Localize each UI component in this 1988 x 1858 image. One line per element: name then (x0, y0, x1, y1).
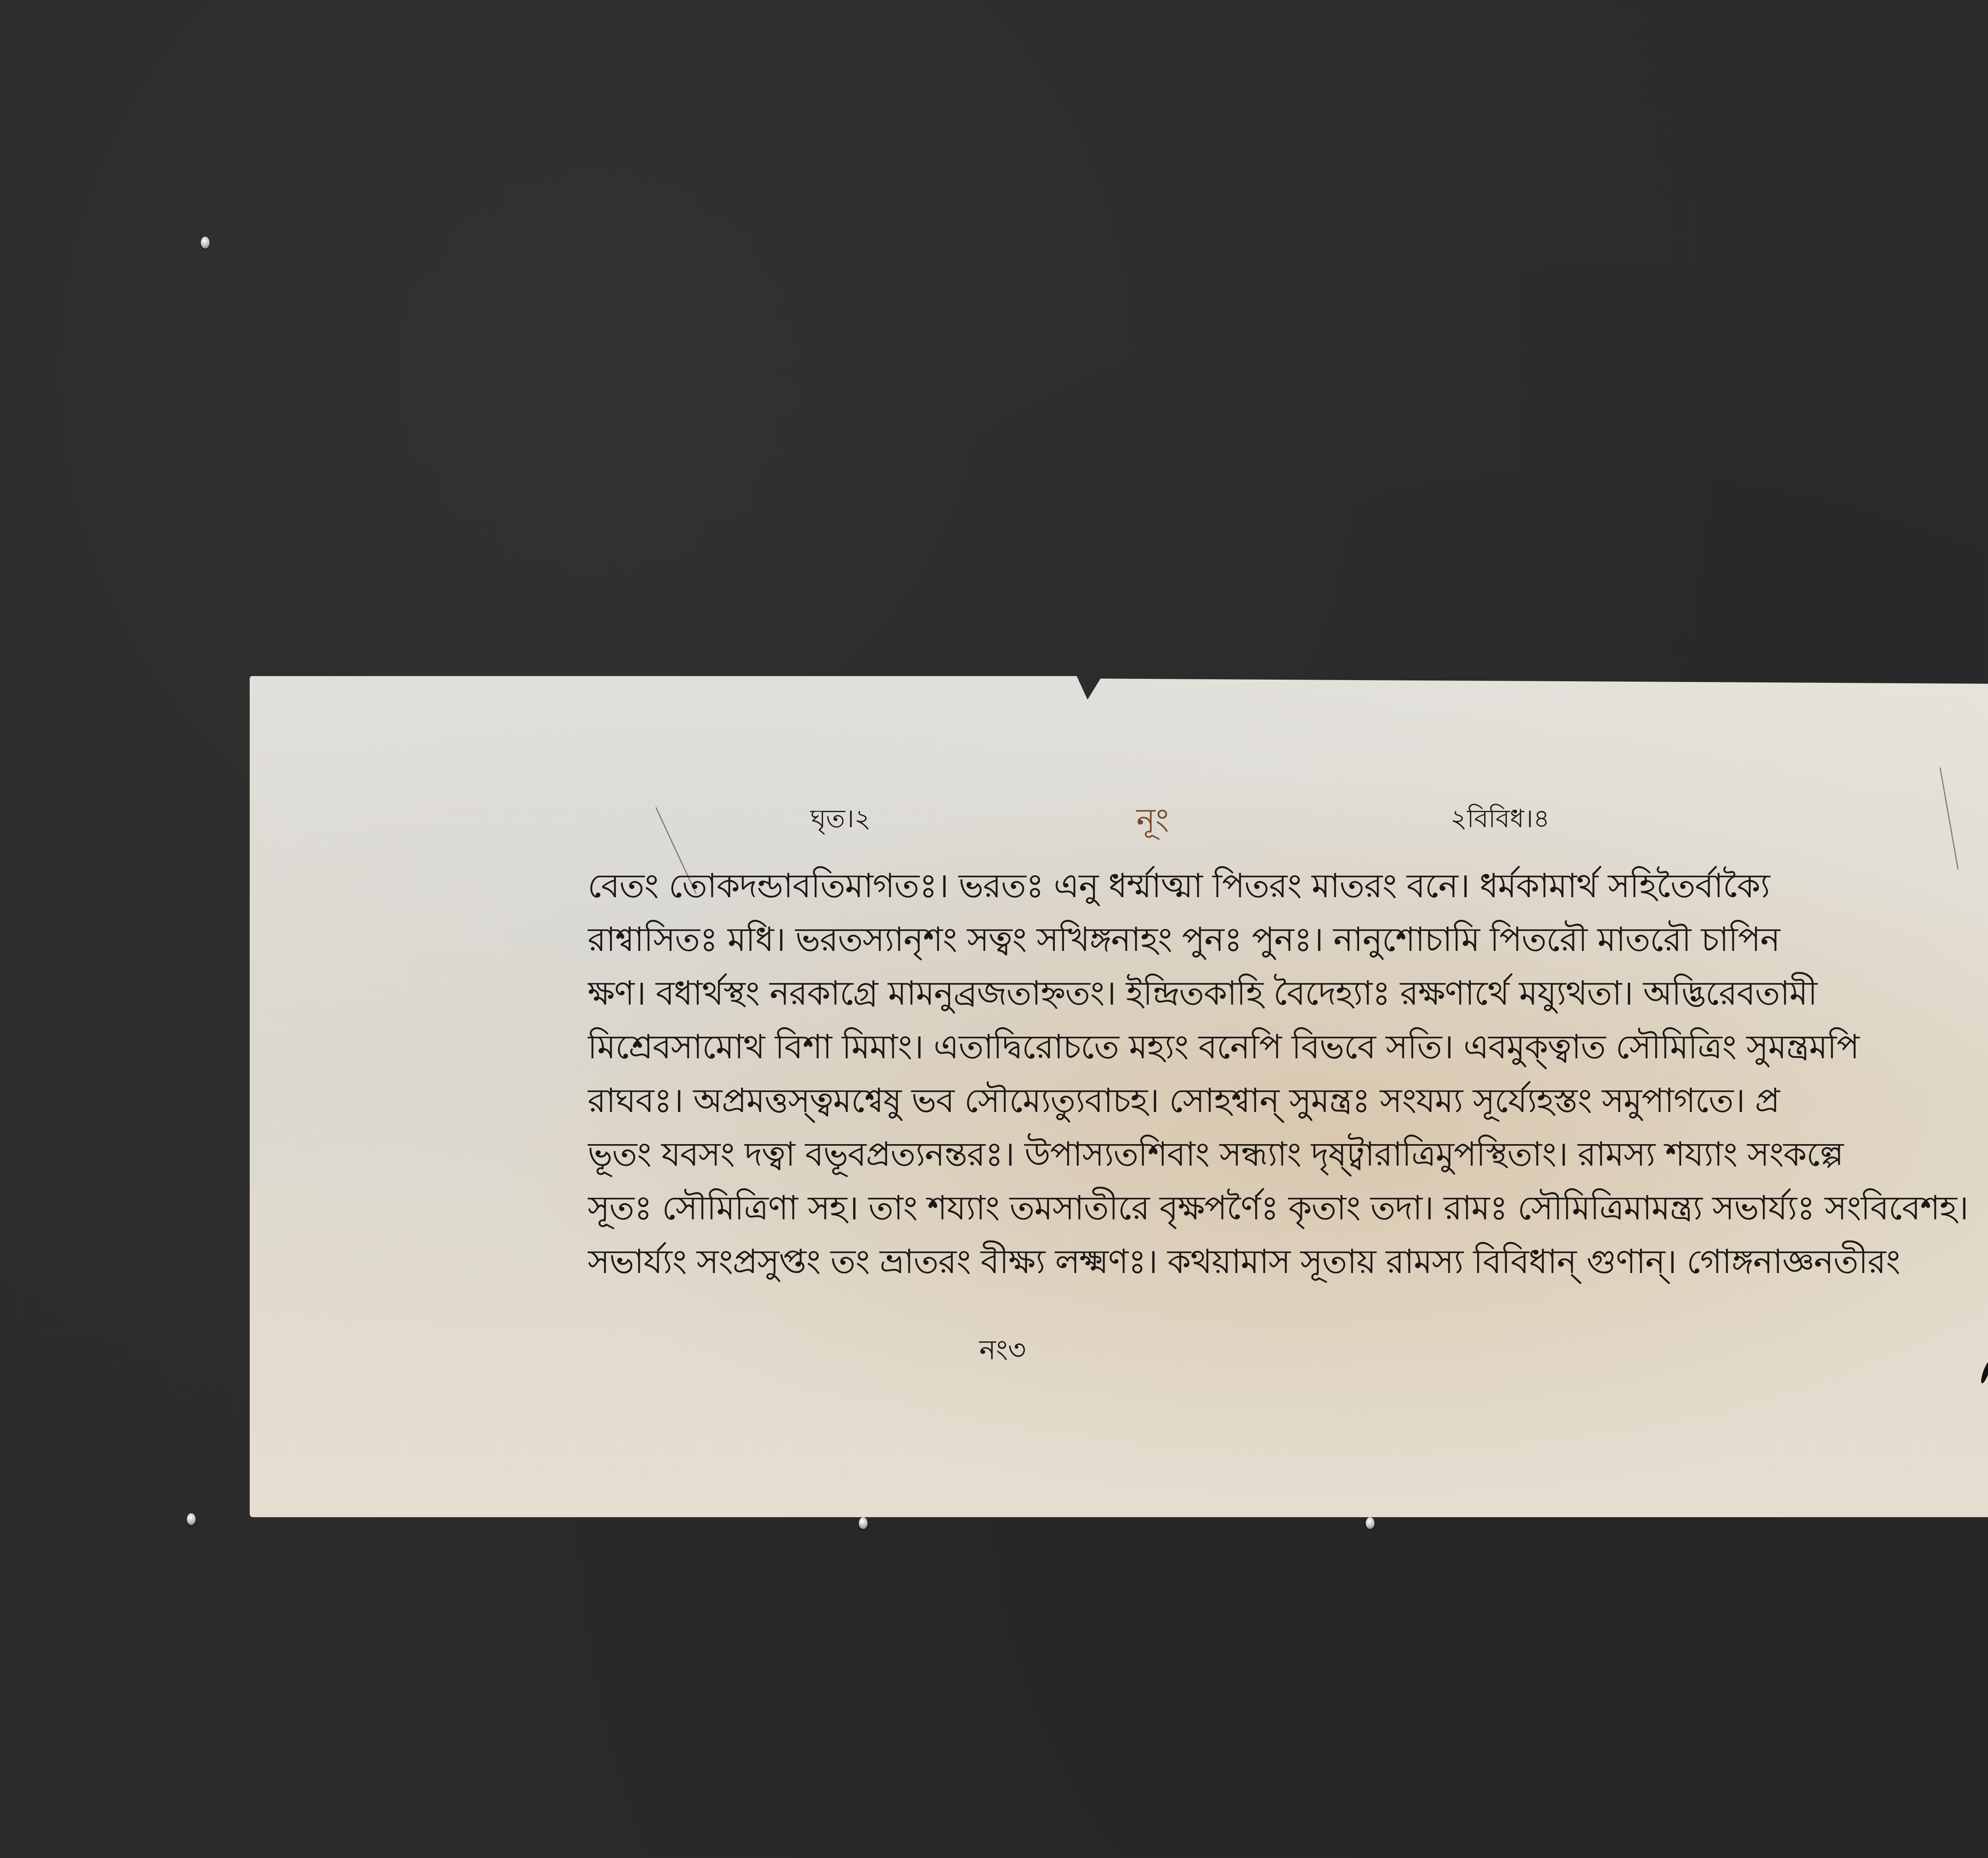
text-line: বেতং তোকদন্ডাবতিমাগতঃ। ভরতঃ এনু ধর্ম্মাত… (588, 859, 1988, 913)
text-line: ভূতং যবসং দত্বা বভূবপ্রত্যনন্তরঃ। উপাস্য… (588, 1127, 1988, 1181)
text-line: মিশ্রেবসামোথ বিশা মিমাং। এতাদ্বিরোচতে মহ… (588, 1020, 1988, 1074)
mounting-pin (1366, 1517, 1375, 1529)
correction-stroke (1939, 768, 1959, 870)
text-line: সূতঃ সৌমিত্রিণা সহ। তাং শয্যাং তমসাতীরে … (588, 1181, 1988, 1235)
manuscript-folio: ঘৃত।২ নূং ২বিবিধ।৪ বেতং তোকদন্ডাবতিমাগতঃ… (250, 676, 1988, 1517)
bottom-note: নং৩ (979, 1328, 1026, 1375)
mounting-pin (859, 1517, 868, 1529)
text-line: রাশ্বাসিতঃ মধি। ভরতস্যানৃশং সত্বং সখিঙ্গ… (588, 913, 1988, 966)
margin-note-center: নূং (1136, 795, 1169, 849)
text-line: ক্ষণ। বধার্থস্থং নরকাগ্রে মামনুব্রজতাহ্ন… (588, 966, 1988, 1020)
text-line: সভার্য্যং সংপ্রসুপ্তং তং ভ্রাতরং বীক্ষ্য… (588, 1235, 1988, 1289)
ink-mark (1979, 1360, 1988, 1384)
mounting-pin (187, 1513, 196, 1525)
text-line: রাঘবঃ। অপ্রমত্তস্ত্বমশ্বেষু ভব সৌম্যেত্য… (588, 1074, 1988, 1127)
margin-note-left: ঘৃত।২ (810, 799, 871, 842)
margin-note-right: ২বিবিধ।৪ (1450, 799, 1550, 842)
manuscript-text: বেতং তোকদন্ডাবতিমাগতঃ। ভরতঃ এনু ধর্ম্মাত… (588, 859, 1988, 1289)
mounting-pin (201, 237, 210, 249)
